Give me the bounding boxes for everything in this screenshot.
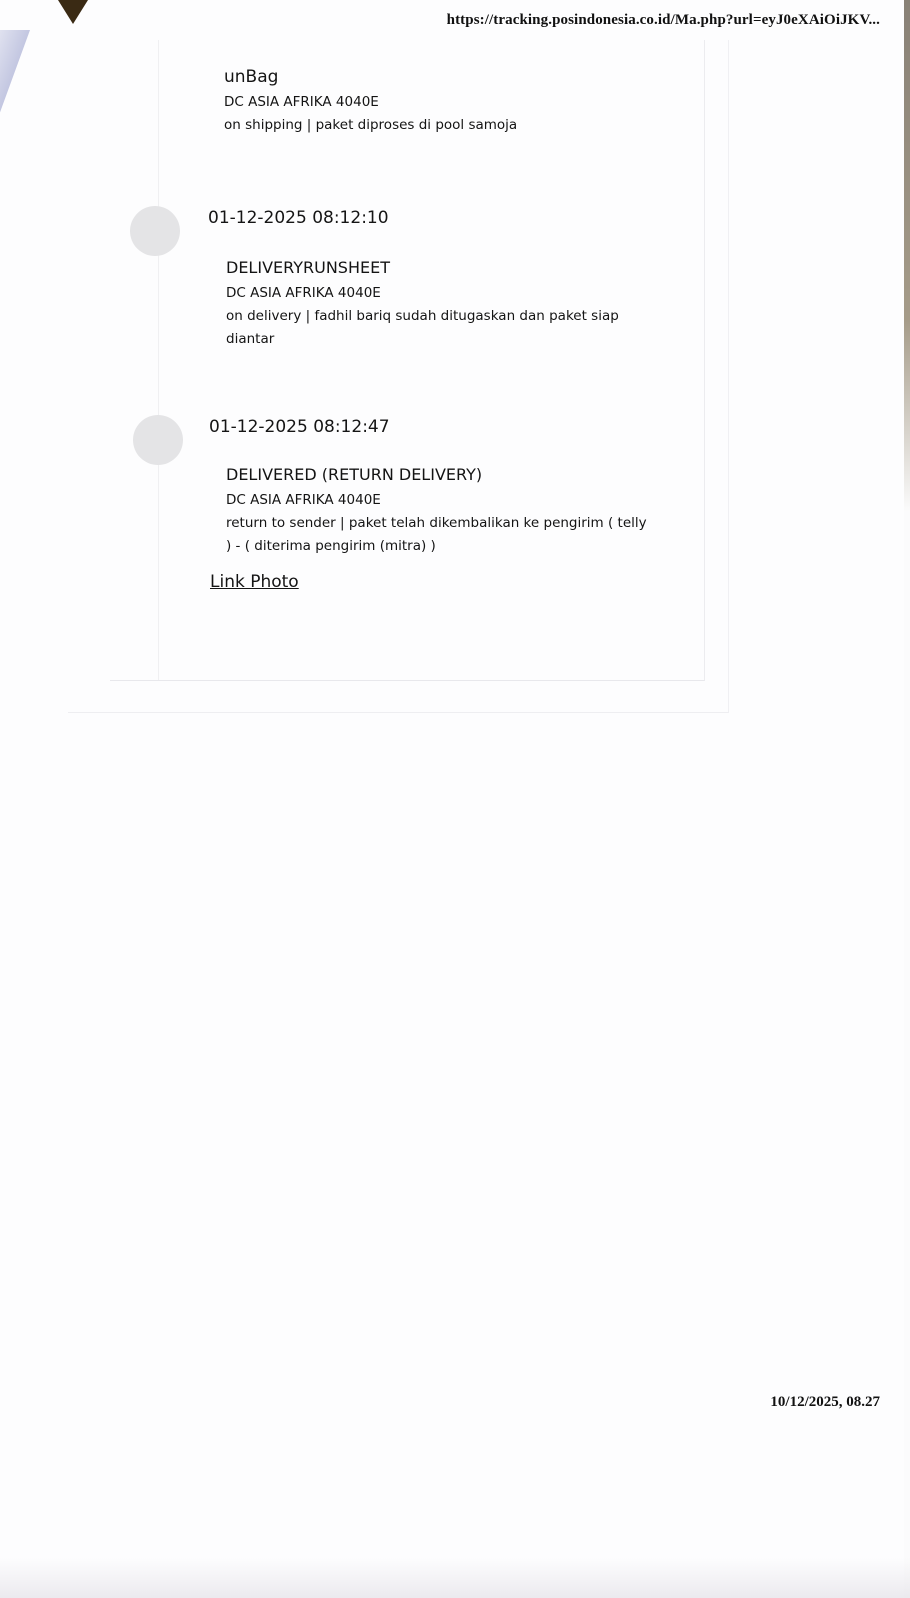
- event-description: return to sender | paket telah dikembali…: [226, 512, 656, 558]
- timeline-dot-icon: [133, 415, 183, 465]
- print-header-url: https://tracking.posindonesia.co.id/Ma.p…: [447, 12, 880, 29]
- photo-bottom-shadow: [0, 1558, 910, 1598]
- link-photo[interactable]: Link Photo: [210, 572, 299, 592]
- event-status: DELIVERYRUNSHEET: [226, 257, 656, 279]
- timeline-dot-icon: [130, 206, 180, 256]
- event-location: DC ASIA AFRIKA 4040E: [226, 489, 656, 512]
- page-fold-shadow: [0, 30, 30, 230]
- event-description: on delivery | fadhil bariq sudah ditugas…: [226, 305, 656, 351]
- event-details: unBag DC ASIA AFRIKA 4040E on shipping |…: [224, 66, 654, 137]
- timeline-line: [158, 40, 159, 680]
- print-footer-datetime: 10/12/2025, 08.27: [770, 1394, 880, 1411]
- binder-clip-corner: [58, 0, 88, 24]
- event-description: on shipping | paket diproses di pool sam…: [224, 114, 654, 137]
- event-timestamp: 01-12-2025 08:12:10: [208, 208, 389, 228]
- event-timestamp: 01-12-2025 08:12:47: [209, 417, 390, 437]
- event-status: unBag: [224, 66, 654, 88]
- event-details: DELIVERED (RETURN DELIVERY) DC ASIA AFRI…: [226, 464, 656, 558]
- event-details: DELIVERYRUNSHEET DC ASIA AFRIKA 4040E on…: [226, 257, 656, 351]
- page-edge: [904, 0, 910, 1598]
- event-location: DC ASIA AFRIKA 4040E: [224, 91, 654, 114]
- event-status: DELIVERED (RETURN DELIVERY): [226, 464, 656, 486]
- event-location: DC ASIA AFRIKA 4040E: [226, 282, 656, 305]
